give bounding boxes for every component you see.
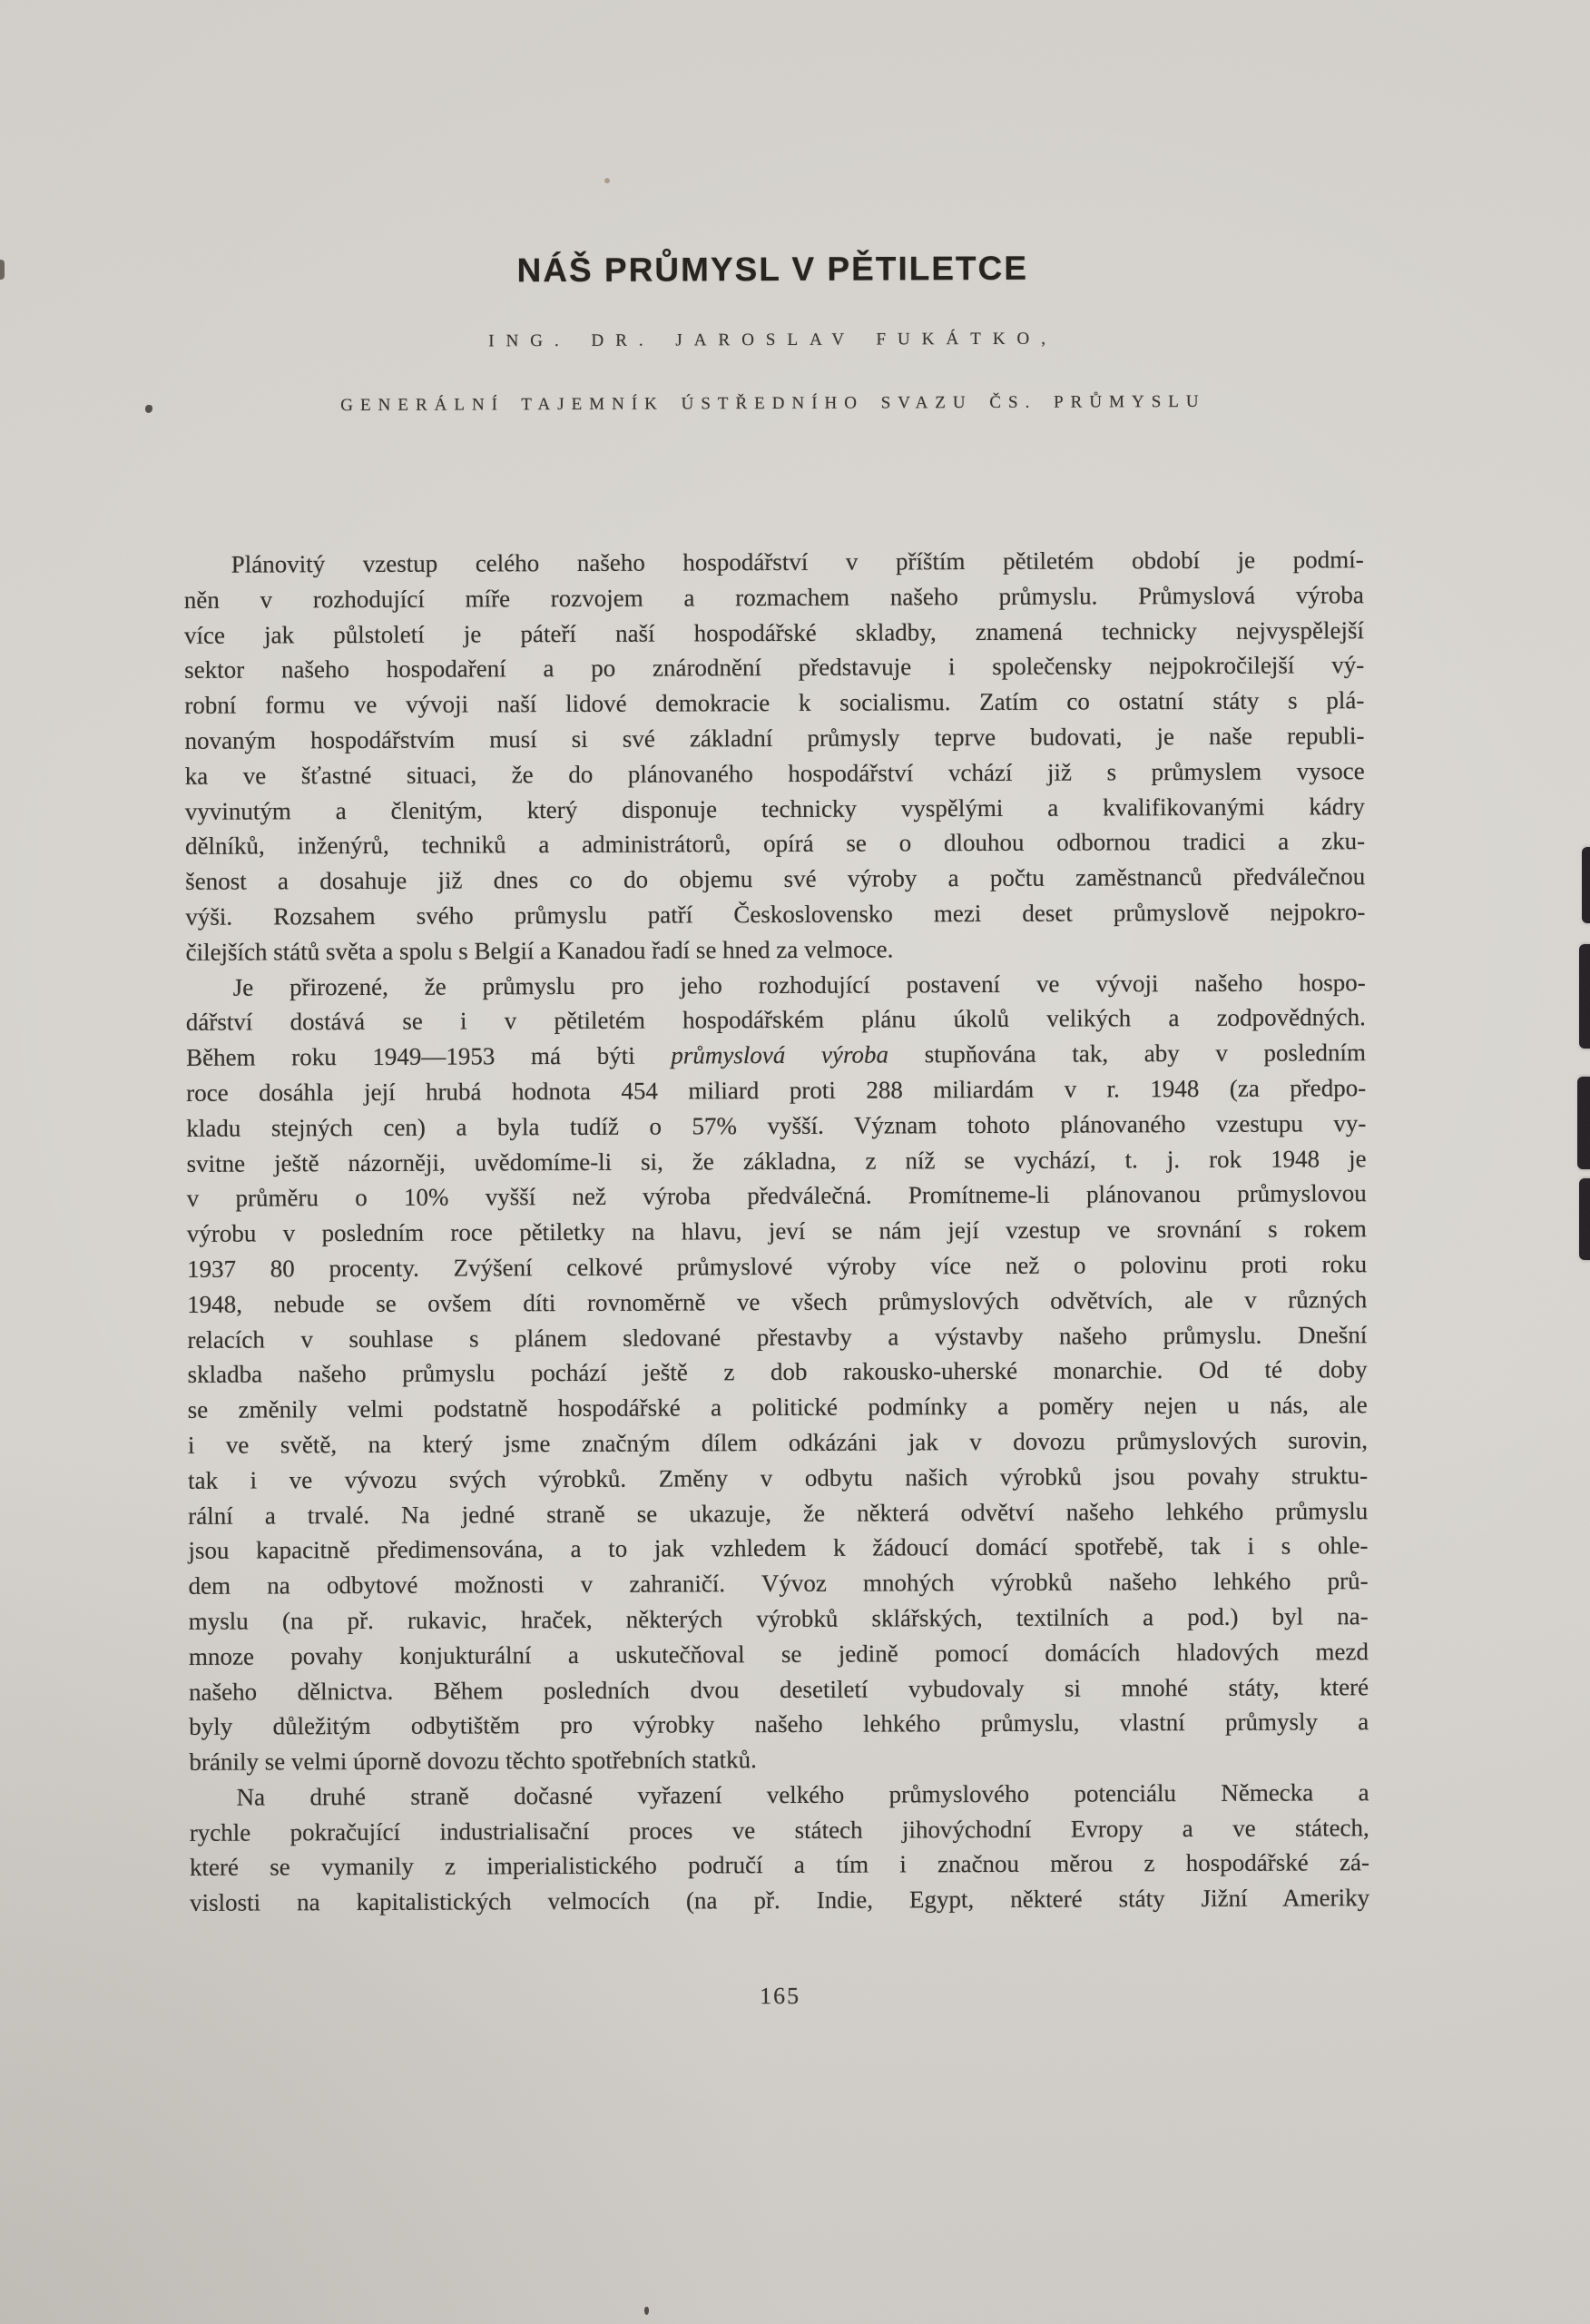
- text-line: vislosti na kapitalistických velmocích (…: [190, 1880, 1369, 1920]
- text-line: rální a trvalé. Na jedné straně se ukazu…: [188, 1493, 1368, 1533]
- text-line: vyvinutým a členitým, který disponuje te…: [185, 789, 1365, 829]
- text-line: tak i ve vývozu svých výrobků. Změny v o…: [188, 1458, 1368, 1498]
- text-line: se změnily velmi podstatně hospodářské a…: [188, 1387, 1368, 1427]
- text-line: byly důležitým odbytištěm pro výrobky na…: [189, 1704, 1369, 1744]
- text-line: dářství dostává se i v pětiletém hospodá…: [186, 1000, 1366, 1040]
- text-line: myslu (na př. rukavic, hraček, některých…: [189, 1599, 1369, 1639]
- article: NÁŠ PRŮMYSL V PĚTILETCE ING. DR. JAROSLA…: [182, 0, 1371, 2324]
- text-line: šenost a dosahuje již dnes co do objemu …: [185, 859, 1365, 899]
- article-body: Plánovitý vzestup celého našeho hospodář…: [184, 542, 1370, 1921]
- text-line: 1948, nebude se ovšem díti rovnoměrně ve…: [187, 1282, 1367, 1322]
- text-line: Je přirozené, že průmyslu pro jeho rozho…: [186, 965, 1366, 1005]
- text-line: něn v rozhodující míře rozvojem a rozmac…: [184, 577, 1364, 617]
- author-role: GENERÁLNÍ TAJEMNÍK ÚSTŘEDNÍHO SVAZU ČS. …: [183, 391, 1363, 417]
- text-line: i ve světě, na který jsme značným dílem …: [188, 1423, 1368, 1462]
- scanned-page: NÁŠ PRŮMYSL V PĚTILETCE ING. DR. JAROSLA…: [0, 0, 1590, 2324]
- author-name: ING. DR. JAROSLAV FUKÁTKO,: [183, 328, 1363, 353]
- text-line: dem na odbytové možnosti v zahraničí. Vý…: [189, 1563, 1369, 1603]
- text-line: robní formu ve vývoji naší lidové demokr…: [184, 683, 1364, 723]
- paragraph: Na druhé straně dočasné vyřazení velkého…: [190, 1775, 1370, 1921]
- text-line: kladu stejných cen) a byla tudíž o 57% v…: [186, 1106, 1366, 1146]
- text-line: svitne ještě názorněji, uvědomíme-li si,…: [186, 1141, 1366, 1181]
- text-line: které se vymanily z imperialistického po…: [190, 1846, 1369, 1886]
- paragraph: Plánovitý vzestup celého našeho hospodář…: [184, 542, 1366, 970]
- text-line: 1937 80 procenty. Zvýšení celkové průmys…: [187, 1246, 1367, 1286]
- text-line: výši. Rozsahem svého průmyslu patří Česk…: [185, 894, 1365, 934]
- text-line: výrobu v posledním roce pětiletky na hla…: [187, 1211, 1367, 1251]
- paragraph: Je přirozené, že průmyslu pro jeho rozho…: [186, 965, 1369, 1780]
- text-line: jsou kapacitně předimensována, a to jak …: [188, 1528, 1368, 1568]
- text-line: rychle pokračující industrialisační proc…: [190, 1810, 1369, 1850]
- text-line: Na druhé straně dočasné vyřazení velkého…: [190, 1775, 1369, 1815]
- text-line: v průměru o 10% vyšší než výroba předvál…: [187, 1177, 1367, 1216]
- text-line: sektor našeho hospodaření a po znárodněn…: [184, 648, 1364, 688]
- text-line: roce dosáhla její hrubá hodnota 454 mili…: [186, 1070, 1366, 1110]
- paper-blemish: [145, 405, 152, 413]
- text-line: čilejších států světa a spolu s Belgií a…: [185, 930, 1365, 970]
- text-line: ka ve šťastné situaci, že do plánovaného…: [185, 753, 1365, 793]
- text-line: skladba našeho průmyslu pochází ještě z …: [187, 1352, 1367, 1392]
- text-line: našeho dělnictva. Během posledních dvou …: [189, 1669, 1369, 1709]
- article-title: NÁŠ PRŮMYSL V PĚTILETCE: [182, 248, 1362, 291]
- text-line: dělníků, inženýrů, techniků a administrá…: [185, 824, 1365, 864]
- text-line: relacích v souhlase s plánem sledované p…: [187, 1317, 1367, 1357]
- binding-clip: [1577, 1077, 1590, 1169]
- text-line: více jak půlstoletí je páteří naší hospo…: [184, 613, 1364, 653]
- binding-clip: [1579, 1178, 1590, 1260]
- text-line: bránily se velmi úporně dovozu těchto sp…: [189, 1739, 1369, 1779]
- binding-clip: [1579, 944, 1590, 1049]
- text-line: Během roku 1949—1953 má býti průmyslová …: [186, 1035, 1366, 1075]
- page-number: 165: [191, 1980, 1370, 2013]
- binding-clip: [1582, 847, 1590, 923]
- text-line: novaným hospodářstvím musí si své základ…: [184, 718, 1364, 758]
- paper-blemish: [0, 260, 5, 280]
- text-line: Plánovitý vzestup celého našeho hospodář…: [184, 542, 1364, 582]
- text-line: mnoze povahy konjukturální a uskutečňova…: [189, 1634, 1369, 1674]
